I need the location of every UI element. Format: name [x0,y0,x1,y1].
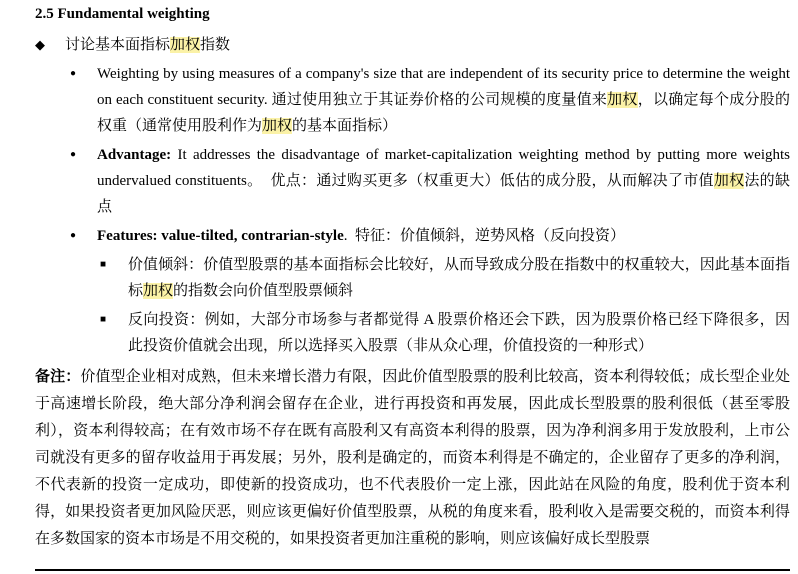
text-run: . 特征：价值倾斜，逆势风格（反向投资） [344,228,625,244]
text-run: 的基本面指标） [292,118,397,134]
list-item-text: 价值倾斜：价值型股票的基本面指标会比较好，从而导致成分股在指数中的权重较大，因此… [128,252,790,304]
bold-run: Features: value-tilted, contrarian-style [97,228,344,244]
circle-bullet-icon: ● [70,61,97,87]
list-item-text: Weighting by using measures of a company… [97,61,790,139]
list-item-text: Features: value-tilted, contrarian-style… [97,223,790,249]
note-label: 备注： [35,369,80,385]
highlight-run: 加权 [143,283,173,299]
highlight-run: 加权 [714,173,745,189]
list-item: ◆ 讨论基本面指标加权指数 [35,32,790,58]
list-item-text: 讨论基本面指标加权指数 [65,32,790,58]
list-item: ■ 反向投资：例如，大部分市场参与者都觉得 A 股票价格还会下跌，因为股票价格已… [35,307,790,359]
bold-run: Advantage: [97,147,171,163]
text-run: 指数 [200,37,230,53]
list-item: ■ 价值倾斜：价值型股票的基本面指标会比较好，从而导致成分股在指数中的权重较大，… [35,252,790,304]
note-body: 价值型企业相对成熟，但未来增长潜力有限，因此价值型股票的股利比较高，资本利得较低… [35,369,790,547]
note-paragraph: 备注：价值型企业相对成熟，但未来增长潜力有限，因此价值型股票的股利比较高，资本利… [35,364,790,553]
text-run: 反向投资：例如，大部分市场参与者都觉得 A 股票价格还会下跌，因为股票价格已经下… [128,312,790,354]
highlight-run: 加权 [262,118,292,134]
diamond-bullet-icon: ◆ [35,32,65,58]
circle-bullet-icon: ● [70,142,97,168]
section-heading: 2.5 Fundamental weighting [35,6,790,23]
list-item: ● Advantage: It addresses the disadvanta… [35,142,790,220]
document-page: 2.5 Fundamental weighting ◆ 讨论基本面指标加权指数 … [0,0,798,553]
text-run: It addresses the disadvantage of market-… [97,147,790,189]
square-bullet-icon: ■ [100,252,128,278]
square-bullet-icon: ■ [100,307,128,333]
list-item: ● Weighting by using measures of a compa… [35,61,790,139]
circle-bullet-icon: ● [70,223,97,249]
footnote-divider [35,569,790,571]
list-item-text: Advantage: It addresses the disadvantage… [97,142,790,220]
text-run: 的指数会向价值型股票倾斜 [173,283,353,299]
text-run: 讨论基本面指标 [65,37,170,53]
highlight-run: 加权 [607,92,638,108]
highlight-run: 加权 [170,37,200,53]
list-item: ● Features: value-tilted, contrarian-sty… [35,223,790,249]
list-item-text: 反向投资：例如，大部分市场参与者都觉得 A 股票价格还会下跌，因为股票价格已经下… [128,307,790,359]
